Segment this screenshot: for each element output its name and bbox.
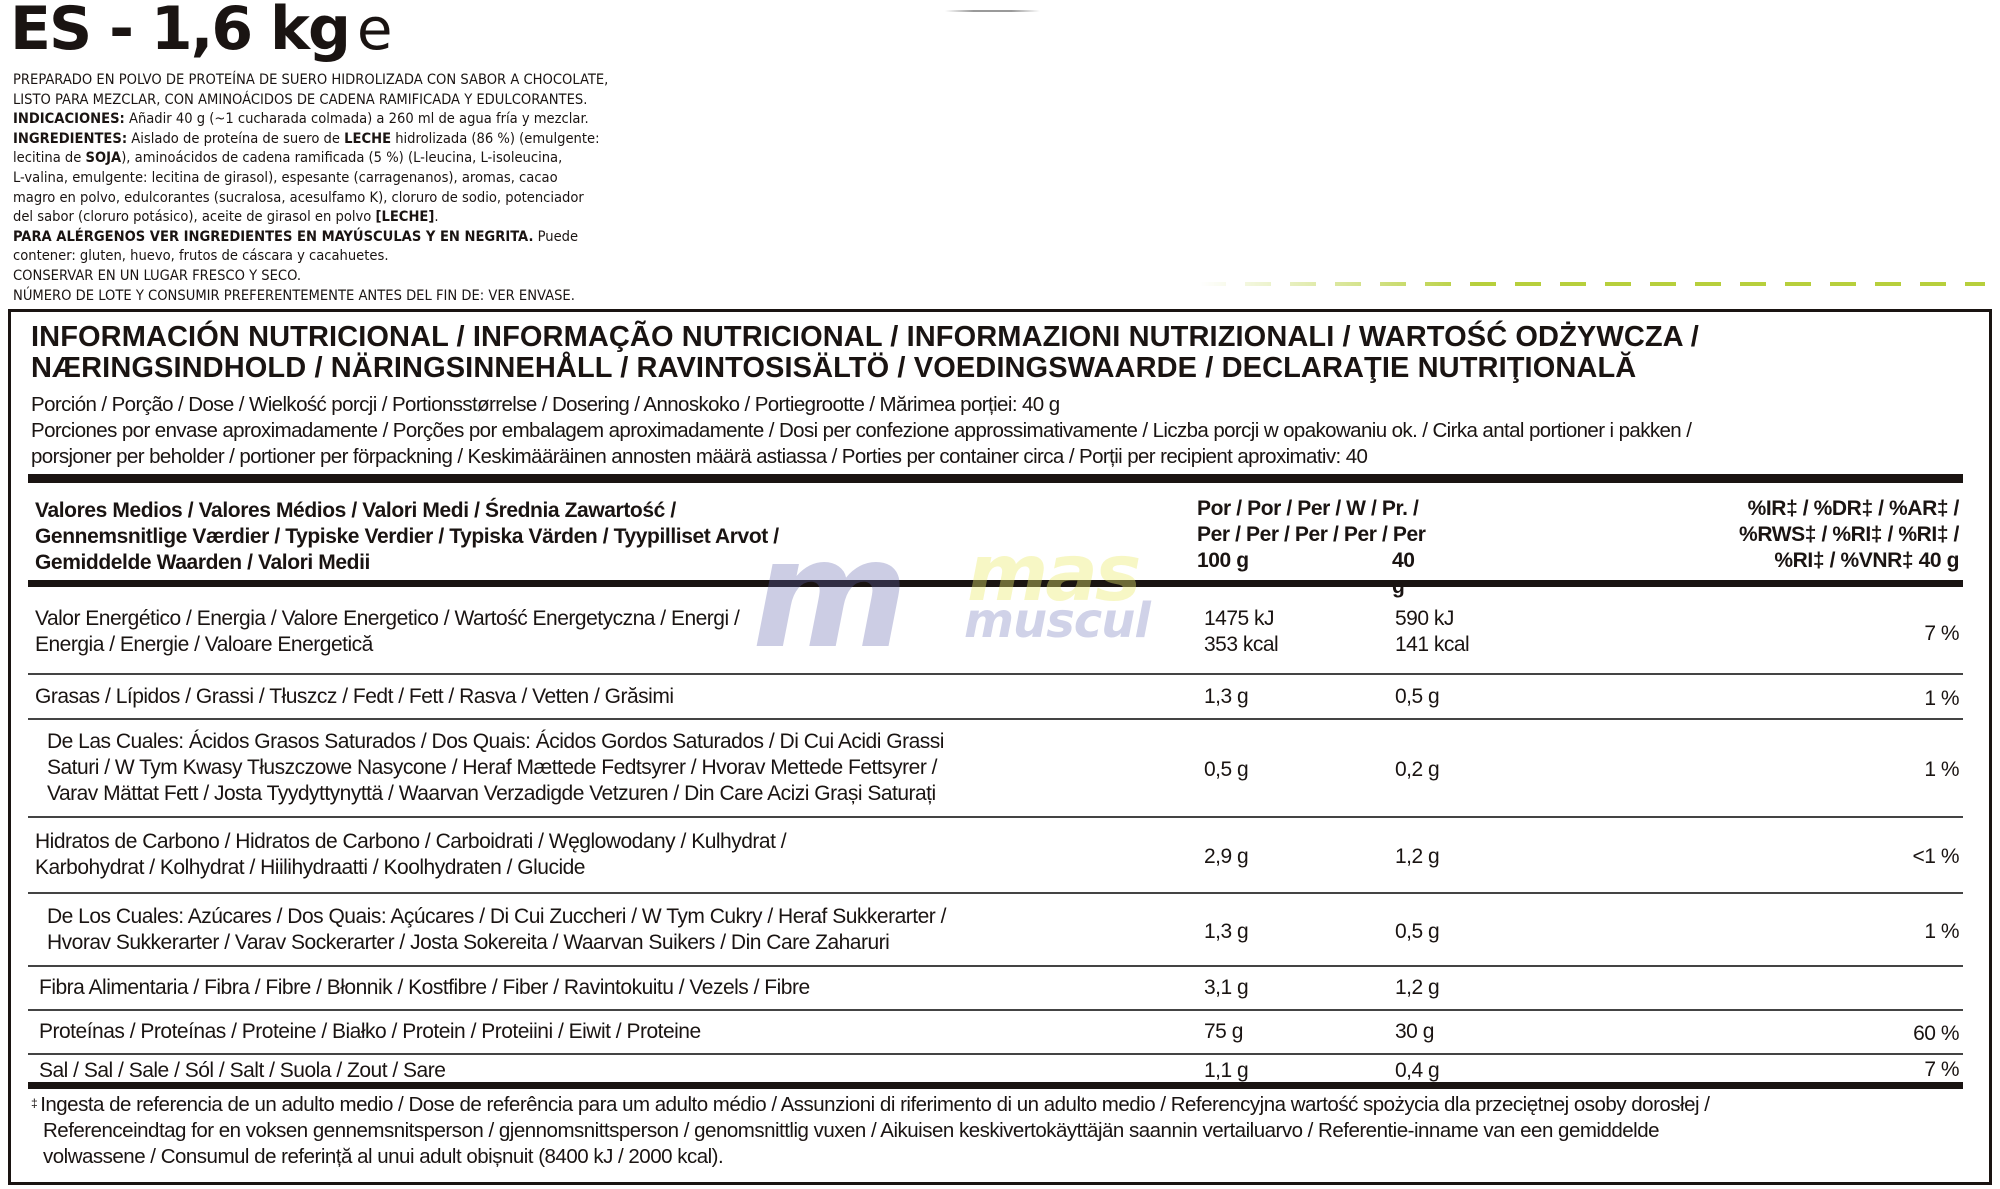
indications: INDICACIONES: Añadir 40 g (~1 cucharada … — [13, 109, 753, 129]
allergens-note: PARA ALÉRGENOS VER INGREDIENTES EN MAYÚS… — [13, 227, 753, 247]
value-per-100g: 1,3 g — [1204, 684, 1248, 710]
value-per-40g: 1,2 g — [1395, 975, 1439, 1001]
ingredients: del sabor (cloruro potásico), aceite de … — [13, 207, 753, 227]
allergen-milk: [LECHE] — [375, 208, 434, 225]
nutrient-label: Fibra Alimentaria / Fibra / Fibre / Błon… — [39, 975, 810, 1001]
title-text: ES - 1,6 kg — [10, 0, 349, 64]
decorative-line — [945, 10, 1040, 12]
header-text: Gennemsnitlige Værdier / Typiske Verdier… — [35, 524, 779, 550]
value-per-40g: 0,4 g — [1395, 1058, 1439, 1084]
row-divider — [28, 673, 1963, 675]
ingredients-text: hidrolizada (86 %) (emulgente: — [391, 130, 600, 147]
value-per-40g: 590 kJ141 kcal — [1395, 606, 1469, 658]
value-reference-intake: 60 % — [1913, 1021, 1959, 1047]
row-divider — [28, 892, 1963, 894]
ingredients-text: del sabor (cloruro potásico), aceite de … — [13, 208, 375, 225]
estimated-sign-icon: e — [357, 0, 393, 63]
value-reference-intake: 1 % — [1924, 686, 1959, 712]
product-title: ES - 1,6 kge — [10, 0, 393, 64]
header-text: Gemiddelde Waarden / Valori Medii — [35, 550, 779, 576]
allergens-label: PARA ALÉRGENOS VER INGREDIENTES EN MAYÚS… — [13, 228, 533, 245]
heading-line: NÆRINGSINDHOLD / NÄRINGSINNEHÅLL / RAVIN… — [31, 353, 1699, 384]
value-per-100g: 1475 kJ353 kcal — [1204, 606, 1278, 658]
footnote: ‡Ingesta de referencia de un adulto medi… — [31, 1092, 1709, 1170]
indications-label: INDICACIONES: — [13, 110, 125, 127]
ingredients-text: . — [434, 208, 438, 225]
value-per-40g: 0,5 g — [1395, 684, 1439, 710]
footnote-text: volwassene / Consumul de referință al un… — [31, 1144, 1709, 1170]
nutrition-table: INFORMACIÓN NUTRICIONAL / INFORMAÇÃO NUT… — [8, 309, 1992, 1185]
value-reference-intake: 1 % — [1924, 757, 1959, 783]
nutrient-label: Grasas / Lípidos / Grassi / Tłuszcz / Fe… — [35, 684, 674, 710]
nutrient-label: De Las Cuales: Ácidos Grasos Saturados /… — [47, 729, 944, 807]
ingredients-text: lecitina de — [13, 149, 86, 166]
ingredients-label: INGREDIENTES: — [13, 130, 127, 147]
value-per-40g: 1,2 g — [1395, 844, 1439, 870]
nutrient-label: Hidratos de Carbono / Hidratos de Carbon… — [35, 829, 786, 881]
value-per-100g: 0,5 g — [1204, 757, 1248, 783]
header-text: Per / Per / Per / Per / Per — [1197, 522, 1426, 548]
description-line: PREPARADO EN POLVO DE PROTEÍNA DE SUERO … — [13, 70, 753, 90]
thick-divider — [28, 580, 1963, 587]
value-reference-intake: 1 % — [1924, 919, 1959, 945]
serving-size: Porción / Porção / Dose / Wielkość porcj… — [31, 392, 1691, 418]
header-text: Valores Medios / Valores Médios / Valori… — [35, 498, 779, 524]
product-description: PREPARADO EN POLVO DE PROTEÍNA DE SUERO … — [13, 70, 753, 305]
ingredients: magro en polvo, edulcorantes (sucralosa,… — [13, 188, 753, 208]
nutrient-label: Valor Energético / Energia / Valore Ener… — [35, 606, 739, 658]
header-per-100g: 100 g — [1197, 548, 1249, 574]
row-divider — [28, 1053, 1963, 1055]
footnote-mark: ‡ — [31, 1096, 37, 1110]
value-per-100g: 75 g — [1204, 1019, 1243, 1045]
value-reference-intake: 7 % — [1924, 1057, 1959, 1083]
ingredients: L-valina, emulgente: lecitina de girasol… — [13, 168, 753, 188]
value-per-100g: 1,3 g — [1204, 919, 1248, 945]
value-per-40g: 0,5 g — [1395, 919, 1439, 945]
value-per-100g: 2,9 g — [1204, 844, 1248, 870]
ingredients: lecitina de SOJA), aminoácidos de cadena… — [13, 148, 753, 168]
ingredients-text: Aislado de proteína de suero de — [127, 130, 344, 147]
storage-note: CONSERVAR EN UN LUGAR FRESCO Y SECO. — [13, 266, 753, 286]
row-divider — [28, 718, 1963, 720]
dashed-divider — [1200, 282, 1985, 286]
header-text: Por / Por / Per / W / Pr. / — [1197, 496, 1426, 522]
header-text: %RWS‡ / %RI‡ / %RI‡ / — [1739, 522, 1959, 548]
heading-line: INFORMACIÓN NUTRICIONAL / INFORMAÇÃO NUT… — [31, 322, 1699, 353]
allergen-soy: SOJA — [86, 149, 122, 166]
value-per-100g: 1,1 g — [1204, 1058, 1248, 1084]
allergen-milk: LECHE — [344, 130, 391, 147]
value-per-100g: 3,1 g — [1204, 975, 1248, 1001]
value-reference-intake: 7 % — [1924, 621, 1959, 647]
allergens-note: contener: gluten, huevo, frutos de cásca… — [13, 246, 753, 266]
servings-per-container: porsjoner per beholder / portioner per f… — [31, 444, 1691, 470]
ingredients-text: ), aminoácidos de cadena ramificada (5 %… — [121, 149, 562, 166]
thick-divider — [28, 474, 1963, 483]
value-reference-intake: <1 % — [1913, 844, 1959, 870]
row-divider — [28, 965, 1963, 967]
value-per-40g: 0,2 g — [1395, 757, 1439, 783]
footnote-text: Referenceindtag for en voksen gennemsnit… — [31, 1118, 1709, 1144]
description-line: LISTO PARA MEZCLAR, CON AMINOÁCIDOS DE C… — [13, 90, 753, 110]
header-text: %IR‡ / %DR‡ / %AR‡ / — [1739, 496, 1959, 522]
row-divider — [28, 816, 1963, 818]
header-text: %RI‡ / %VNR‡ 40 g — [1739, 548, 1959, 574]
ingredients: INGREDIENTES: Aislado de proteína de sue… — [13, 129, 753, 149]
header-per-40g: 40 g — [1392, 548, 1426, 600]
nutrient-label: Sal / Sal / Sale / Sól / Salt / Suola / … — [39, 1058, 445, 1084]
value-per-40g: 30 g — [1395, 1019, 1434, 1045]
servings-per-container: Porciones por envase aproximadamente / P… — [31, 418, 1691, 444]
nutrition-heading: INFORMACIÓN NUTRICIONAL / INFORMAÇÃO NUT… — [31, 322, 1699, 384]
lot-note: NÚMERO DE LOTE Y CONSUMIR PREFERENTEMENT… — [13, 286, 753, 306]
footnote-text: Ingesta de referencia de un adulto medio… — [40, 1093, 1709, 1116]
thick-divider — [28, 1082, 1963, 1089]
allergens-text: Puede — [533, 228, 578, 245]
row-divider — [28, 1009, 1963, 1011]
column-header-label: Valores Medios / Valores Médios / Valori… — [35, 498, 779, 576]
nutrient-label: Proteínas / Proteínas / Proteine / Białk… — [39, 1019, 701, 1045]
serving-info: Porción / Porção / Dose / Wielkość porcj… — [31, 392, 1691, 470]
indications-text: Añadir 40 g (~1 cucharada colmada) a 260… — [125, 110, 589, 127]
column-header-per: Por / Por / Per / W / Pr. / Per / Per / … — [1197, 496, 1426, 548]
nutrient-label: De Los Cuales: Azúcares / Dos Quais: Açú… — [47, 904, 946, 956]
column-header-ri: %IR‡ / %DR‡ / %AR‡ / %RWS‡ / %RI‡ / %RI‡… — [1739, 496, 1959, 574]
